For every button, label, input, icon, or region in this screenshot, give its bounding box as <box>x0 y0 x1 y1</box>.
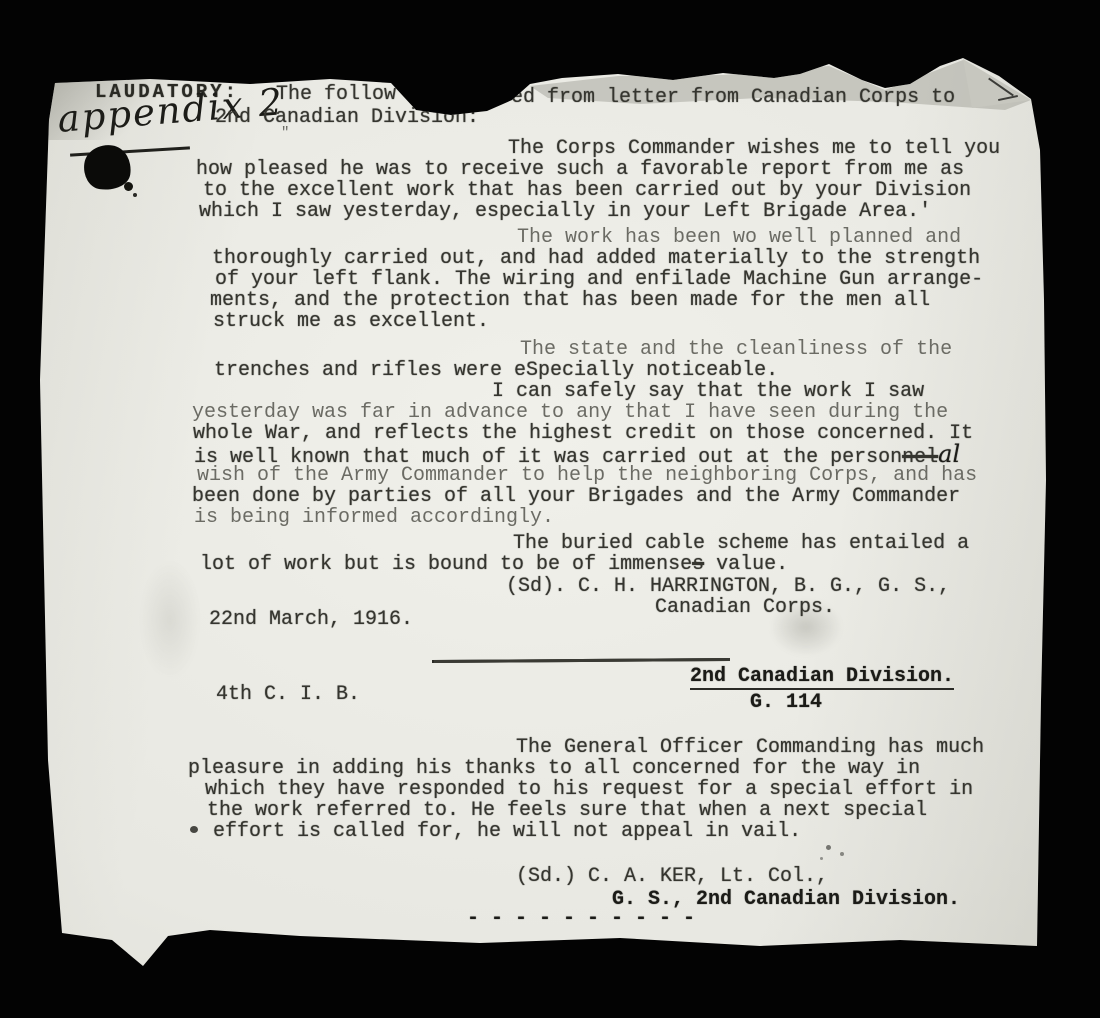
ink-speck <box>826 845 831 850</box>
pencil-mark <box>988 78 1014 97</box>
typed-line: to the excellent work that has been carr… <box>203 180 971 201</box>
typed-line: 2nd Canadian Division. <box>690 666 954 690</box>
typed-line: The work has been wo well planned and <box>517 227 961 248</box>
typed-line: 2nd Canadian Division: <box>215 107 479 128</box>
typed-line: effort is called for, he will not appeal… <box>213 821 801 842</box>
typed-line: of your left flank. The wiring and enfil… <box>215 269 983 290</box>
ink-speck <box>190 826 198 833</box>
strike-text: s <box>692 553 704 576</box>
typed-line: which I saw yesterday, especially in you… <box>199 201 931 222</box>
typed-line: which they have responded to his request… <box>205 779 973 800</box>
typed-line: pleasure in adding his thanks to all con… <box>188 758 920 779</box>
signature-divider-line <box>434 658 730 663</box>
typed-line: I can safely say that the work I saw <box>492 381 924 402</box>
typed-line: The buried cable scheme has entailed a <box>513 533 969 554</box>
typed-line: struck me as excellent. <box>213 311 489 332</box>
ink-speck <box>820 857 823 860</box>
typed-line: how pleased he was to receive such a fav… <box>196 159 964 180</box>
stain-smudge <box>140 560 200 680</box>
typed-line: lot of work but is bound to be of immens… <box>200 554 788 575</box>
scanned-document-page: { "colors": { "background": "#030303", "… <box>0 0 1100 1018</box>
typed-line: 22nd March, 1916. <box>209 609 413 630</box>
typed-line: The Corps Commander wishes me to tell yo… <box>508 138 1000 159</box>
pencil-mark <box>998 95 1018 101</box>
typed-line: The General Officer Commanding has much <box>516 737 984 758</box>
ink-speck <box>133 193 137 197</box>
typed-line: - - - - - - - - - - <box>467 908 695 929</box>
typed-line: trenches and rifles were eSpecially noti… <box>214 360 778 381</box>
typed-line: Canadian Corps. <box>655 597 835 618</box>
typed-line: The state and the cleanliness of the <box>520 339 952 360</box>
typed-line: whole War, and reflects the highest cred… <box>193 423 973 444</box>
typed-line: (Sd.) C. A. KER, Lt. Col., <box>516 866 828 887</box>
ink-blot-tail <box>124 182 133 191</box>
typed-line: is being informed accordingly. <box>194 507 554 528</box>
typed-line: The follow <box>276 84 396 105</box>
typed-line: (Sd). C. H. HARRINGTON, B. G., G. S., <box>506 576 950 597</box>
typed-line: the work referred to. He feels sure that… <box>207 800 927 821</box>
typed-line: wish of the Army Commander to help the n… <box>197 465 977 486</box>
ink-speck <box>840 852 844 856</box>
typed-line: yesterday was far in advance to any that… <box>192 402 948 423</box>
typed-text: lot of work but is bound to be of immens… <box>200 553 692 576</box>
typed-line: ments, and the protection that has been … <box>210 290 930 311</box>
typed-line: ed from letter from Canadian Corps to <box>511 87 955 108</box>
typed-line: G. 114 <box>750 692 822 713</box>
torn-paper-sheet: LAUDATORY: appendix 2 The followed from … <box>0 0 1100 1018</box>
typed-text: value. <box>704 553 788 576</box>
typed-line: been done by parties of all your Brigade… <box>192 486 960 507</box>
typed-line: thoroughly carried out, and had added ma… <box>212 248 980 269</box>
typed-line: " <box>281 123 289 144</box>
typed-line: 4th C. I. B. <box>216 684 360 705</box>
